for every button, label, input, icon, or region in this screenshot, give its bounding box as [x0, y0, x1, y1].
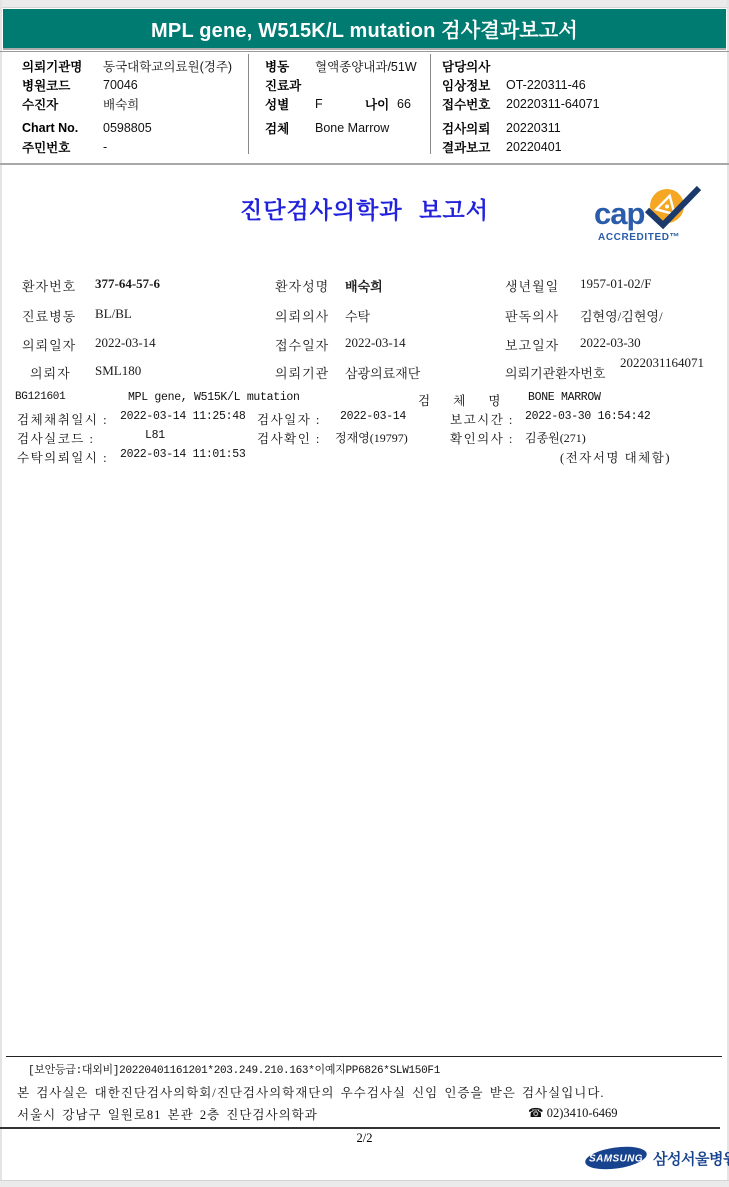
field-label: 담당의사: [442, 57, 506, 75]
test-header-row: BG121601 MPL gene, W515K/L mutation 검 체 …: [0, 391, 729, 407]
test-date-label: 검사일자 :: [257, 410, 321, 428]
field-hospital-code: 병원코드 70046: [22, 75, 244, 94]
field-result-report-date: 결과보고 20220401: [442, 137, 727, 156]
field-value: F: [315, 97, 365, 111]
requesting-doctor-value: 수탁: [345, 306, 370, 325]
field-value: 20220311: [506, 121, 561, 135]
field-label: 결과보고: [442, 138, 506, 156]
samsung-wordmark: SAMSUNG: [589, 1154, 643, 1165]
patient-row: 의뢰자 SML180 의뢰기관 삼광의료재단 의뢰기관환자번호 20220311…: [0, 363, 729, 381]
field-value: 0598805: [103, 121, 152, 135]
specimen-name-label: 검 체 명: [418, 391, 501, 409]
cap-logo-dot: [665, 205, 669, 209]
field-label: 성별: [265, 95, 315, 113]
field-value: 혈액종양내과/51W: [315, 57, 417, 75]
field-chart-no: Chart No. 0598805: [22, 118, 244, 137]
cap-accredited-logo: cap ACCREDITED™: [594, 186, 704, 244]
page-number: 2/2: [0, 1131, 729, 1146]
cap-accredited-text: ACCREDITED™: [598, 232, 680, 243]
care-ward-value: BL/BL: [95, 306, 132, 322]
test-detail-row: 검사실코드 : L81 검사확인 : 정재영(19797) 확인의사 : 김종원…: [0, 429, 729, 445]
lab-address: 서울시 강남구 일원로81 본관 2층 진단검사의학과: [17, 1105, 318, 1123]
test-date-value: 2022-03-14: [340, 410, 406, 423]
field-value: 70046: [103, 78, 138, 92]
cap-logo-text: cap: [594, 196, 644, 231]
field-clinical-info: 임상정보 OT-220311-46: [442, 75, 727, 94]
field-value: Bone Marrow: [315, 121, 389, 135]
referral-datetime-label: 수탁의뢰일시 :: [17, 448, 108, 466]
patient-number-label: 환자번호: [22, 276, 76, 295]
patient-name-value: 배숙희: [345, 276, 383, 295]
field-value: 동국대학교의료원(경주): [103, 57, 232, 75]
lab-phone: ☎ 02)3410-6469: [528, 1105, 618, 1121]
column-separator: [430, 54, 431, 154]
lab-code-value: L81: [145, 429, 165, 442]
field-label: 접수번호: [442, 95, 506, 113]
requester-value: SML180: [95, 363, 141, 379]
field-value: 배숙희: [103, 95, 139, 113]
field-specimen: 검체 Bone Marrow: [265, 118, 427, 137]
field-label: 병원코드: [22, 76, 103, 94]
field-value: OT-220311-46: [506, 78, 586, 92]
report-title-bar: MPL gene, W515K/L mutation 검사결과보고서: [3, 9, 726, 48]
field-test-request-date: 검사의뢰 20220311: [442, 118, 727, 137]
test-confirm-label: 검사확인 :: [257, 429, 321, 447]
referral-datetime-value: 2022-03-14 11:01:53: [120, 448, 245, 461]
samsung-logo-ellipse: SAMSUNG: [584, 1146, 648, 1170]
confirming-doctor-value: 김종원(271): [525, 429, 586, 446]
field-department: 진료과: [265, 75, 427, 94]
hospital-name: 삼성서울병원: [653, 1148, 729, 1169]
page-edge-bottom: [0, 1180, 729, 1187]
field-label: 병동: [265, 57, 315, 75]
request-date-value: 2022-03-14: [95, 335, 156, 351]
field-sex-age: 성별 F 나이 66: [265, 94, 427, 113]
report-time-value: 2022-03-30 16:54:42: [525, 410, 650, 423]
birth-date-label: 생년월일: [505, 276, 559, 295]
birth-date-value: 1957-01-02/F: [580, 276, 652, 292]
order-info-col1: 의뢰기관명 동국대학교의료원(경주) 병원코드 70046 수진자 배숙희 Ch…: [22, 56, 244, 156]
patient-row: 진료병동 BL/BL 의뢰의사 수탁 판독의사 김현영/김현영/: [0, 306, 729, 324]
hospital-logo: SAMSUNG 삼성서울병원: [584, 1146, 729, 1170]
lab-accreditation-line: 본 검사실은 대한진단검사의학회/진단검사의학재단의 우수검사실 신임 인증을 …: [17, 1083, 605, 1101]
section-divider: [0, 163, 729, 165]
test-code: BG121601: [15, 391, 65, 403]
test-name: MPL gene, W515K/L mutation: [128, 391, 300, 404]
reading-doctor-value: 김현영/김현영/: [580, 306, 663, 325]
report-page: MPL gene, W515K/L mutation 검사결과보고서 의뢰기관명…: [0, 0, 729, 1187]
field-label: Chart No.: [22, 121, 103, 135]
order-info-col2: 병동 혈액종양내과/51W 진료과 성별 F 나이 66 검체 Bone Mar…: [265, 56, 427, 137]
field-label: 의뢰기관명: [22, 57, 103, 75]
collection-datetime-label: 검체채취일시 :: [17, 410, 108, 428]
column-separator: [248, 54, 249, 154]
field-value: 20220401: [506, 140, 562, 154]
lab-code-label: 검사실코드 :: [17, 429, 94, 447]
field-value-age: 66: [397, 97, 411, 111]
field-label: 검체: [265, 119, 315, 137]
order-info-section: 의뢰기관명 동국대학교의료원(경주) 병원코드 70046 수진자 배숙희 Ch…: [0, 56, 729, 156]
test-confirm-value: 정재영(19797): [335, 429, 408, 446]
field-label: 진료과: [265, 76, 315, 94]
receipt-date-value: 2022-03-14: [345, 335, 406, 351]
security-classification-line: [보안등급:대외비]20220401161201*203.249.210.163…: [28, 1061, 440, 1077]
patient-row: 의뢰일자 2022-03-14 접수일자 2022-03-14 보고일자 202…: [0, 335, 729, 353]
reading-doctor-label: 판독의사: [505, 306, 559, 325]
field-label-age: 나이: [365, 95, 397, 113]
page-edge-left: [0, 0, 2, 1187]
page-edge-top: [0, 0, 729, 8]
field-label: 검사의뢰: [442, 119, 506, 137]
field-value: 20220311-64071: [506, 97, 600, 111]
field-label: 수진자: [22, 95, 103, 113]
order-info-col3: 담당의사 임상정보 OT-220311-46 접수번호 20220311-640…: [442, 56, 727, 156]
test-detail-row: 검체채취일시 : 2022-03-14 11:25:48 검사일자 : 2022…: [0, 410, 729, 426]
electronic-signature-note: (전자서명 대체함): [560, 448, 671, 466]
divider-under-title-bar: [0, 51, 729, 52]
field-label: 임상정보: [442, 76, 506, 94]
field-label: 주민번호: [22, 138, 103, 156]
report-time-label: 보고시간 :: [450, 410, 514, 428]
requesting-institution-value: 삼광의료재단: [345, 363, 420, 382]
field-accession-no: 접수번호 20220311-64071: [442, 94, 727, 113]
institution-patient-no-label: 의뢰기관환자번호: [505, 363, 605, 382]
field-resident-no: 주민번호 -: [22, 137, 244, 156]
confirming-doctor-label: 확인의사 :: [450, 429, 514, 447]
patient-row: 환자번호 377-64-57-6 환자성명 배숙희 생년월일 1957-01-0…: [0, 276, 729, 294]
requesting-doctor-label: 의뢰의사: [275, 306, 329, 325]
footer-top-rule: [6, 1056, 722, 1057]
field-value: -: [103, 140, 107, 154]
patient-number-value: 377-64-57-6: [95, 276, 160, 292]
field-institution-name: 의뢰기관명 동국대학교의료원(경주): [22, 56, 244, 75]
requester-label: 의뢰자: [30, 363, 71, 382]
field-ward: 병동 혈액종양내과/51W: [265, 56, 427, 75]
field-examinee: 수진자 배숙희: [22, 94, 244, 113]
specimen-name-value: BONE MARROW: [528, 391, 601, 404]
footer-bottom-rule: [0, 1127, 720, 1129]
report-title-bar-text: MPL gene, W515K/L mutation 검사결과보고서: [151, 14, 578, 43]
field-attending-doctor: 담당의사: [442, 56, 727, 75]
request-date-label: 의뢰일자: [22, 335, 76, 354]
institution-patient-no-value: 2022031164071: [620, 356, 712, 370]
report-date-value: 2022-03-30: [580, 335, 641, 351]
receipt-date-label: 접수일자: [275, 335, 329, 354]
test-detail-row: 수탁의뢰일시 : 2022-03-14 11:01:53 (전자서명 대체함): [0, 448, 729, 464]
care-ward-label: 진료병동: [22, 306, 76, 325]
patient-name-label: 환자성명: [275, 276, 329, 295]
requesting-institution-label: 의뢰기관: [275, 363, 329, 382]
collection-datetime-value: 2022-03-14 11:25:48: [120, 410, 245, 423]
report-date-label: 보고일자: [505, 335, 559, 354]
